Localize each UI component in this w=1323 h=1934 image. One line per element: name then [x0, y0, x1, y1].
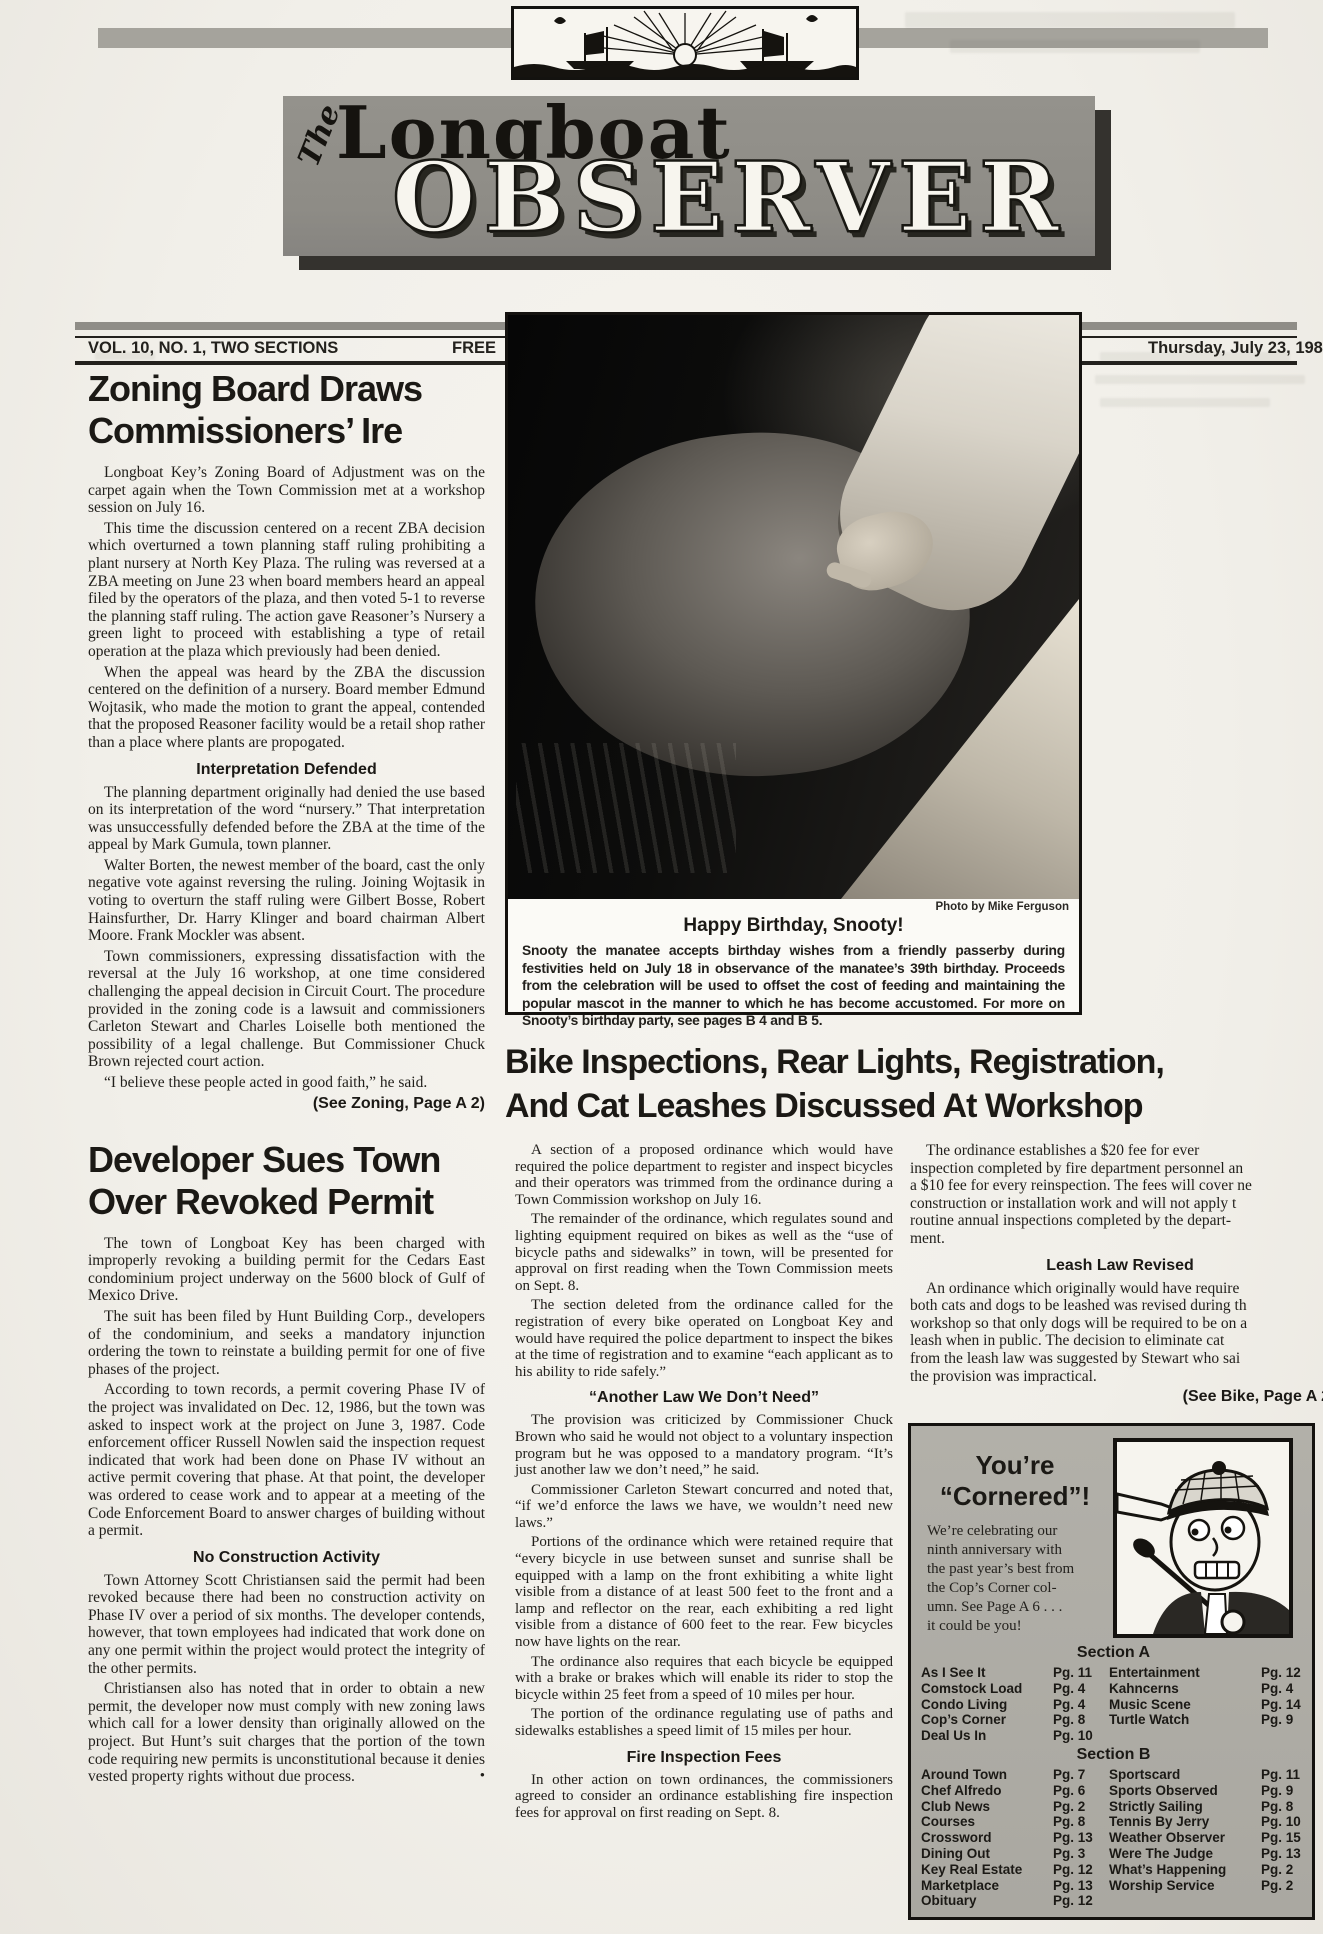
index-entry: Comstock Load	[921, 1681, 1053, 1697]
zoning-paragraph: The planning department originally had d…	[88, 784, 485, 854]
index-row: As I See ItPg. 11EntertainmentPg. 12	[921, 1665, 1306, 1681]
zoning-paragraph: “I believe these people acted in good fa…	[88, 1074, 485, 1092]
index-page: Pg. 12	[1261, 1665, 1306, 1681]
cornered-title-line2: “Cornered”!	[940, 1481, 1090, 1511]
developer-paragraph: The suit has been filed by Hunt Building…	[88, 1308, 485, 1378]
bike-jump-line: (See Bike, Page A 2	[910, 1388, 1323, 1406]
index-page: Pg. 13	[1053, 1830, 1109, 1846]
index-entry: Chef Alfredo	[921, 1783, 1053, 1799]
snooty-manatee-photo	[508, 315, 1079, 899]
index-page: Pg. 10	[1053, 1728, 1109, 1744]
cornered-cartoon	[1113, 1438, 1293, 1638]
index-page: Pg. 13	[1261, 1846, 1306, 1862]
left-column: Zoning Board Draws Commissioners’ Ire Lo…	[88, 368, 485, 1934]
index-table: Section A As I See ItPg. 11Entertainment…	[921, 1642, 1306, 1909]
index-entry: Crossword	[921, 1830, 1053, 1846]
index-entry: Around Town	[921, 1767, 1053, 1783]
index-page: Pg. 9	[1261, 1783, 1306, 1799]
bike-paragraph: Portions of the ordinance which were ret…	[515, 1534, 893, 1650]
index-row: Chef AlfredoPg. 6Sports ObservedPg. 9	[921, 1783, 1306, 1799]
golfer-cartoon-icon	[1117, 1442, 1289, 1634]
index-page: Pg. 8	[1053, 1712, 1109, 1728]
bleed-through-artifact	[95, 352, 155, 360]
developer-paragraph: The town of Longboat Key has been charge…	[88, 1235, 485, 1305]
index-row: Cop’s CornerPg. 8Turtle WatchPg. 9	[921, 1712, 1306, 1728]
zoning-headline: Zoning Board Draws Commissioners’ Ire	[88, 368, 485, 452]
index-page	[1261, 1893, 1306, 1909]
index-page: Pg. 11	[1053, 1665, 1109, 1681]
bike-right-column: The ordinance establishes a $20 fee for …	[910, 1142, 1323, 1432]
zoning-jump-line: (See Zoning, Page A 2)	[88, 1095, 485, 1113]
bike-subhead-fire-fees: Fire Inspection Fees	[515, 1749, 893, 1767]
bleed-through-artifact	[950, 40, 1200, 53]
index-row: Dining OutPg. 3Were The JudgePg. 13	[921, 1846, 1306, 1862]
zoning-headline-line2: Commissioners’ Ire	[88, 410, 402, 451]
bike-paragraph: A section of a proposed ordinance which …	[515, 1142, 893, 1208]
index-page: Pg. 2	[1053, 1799, 1109, 1815]
snooty-photo-box: Photo by Mike Ferguson Happy Birthday, S…	[505, 312, 1082, 1015]
index-entry	[1109, 1893, 1261, 1909]
bike-middle-column: A section of a proposed ordinance which …	[515, 1142, 893, 1824]
newspaper-front-page: The Longboat OBSERVER VOL. 10, NO. 1, TW…	[0, 0, 1323, 1934]
zoning-subhead: Interpretation Defended	[88, 761, 485, 779]
bike-paragraph: The ordinance also requires that each bi…	[515, 1654, 893, 1704]
end-of-article-mark: •	[480, 1768, 485, 1786]
index-page: Pg. 6	[1053, 1783, 1109, 1799]
photo-water-shimmer	[516, 743, 736, 873]
developer-paragraph: Christiansen also has noted that in orde…	[88, 1680, 485, 1786]
index-page: Pg. 4	[1053, 1681, 1109, 1697]
zoning-paragraph: When the appeal was heard by the ZBA the…	[88, 664, 485, 752]
index-page: Pg. 8	[1261, 1799, 1306, 1815]
index-entry: Sportscard	[1109, 1767, 1261, 1783]
index-page: Pg. 2	[1261, 1878, 1306, 1894]
index-section-a-title: Section A	[921, 1644, 1306, 1662]
index-page: Pg. 13	[1053, 1878, 1109, 1894]
index-page: Pg. 4	[1053, 1697, 1109, 1713]
index-entry: Kahncerns	[1109, 1681, 1261, 1697]
index-page: Pg. 15	[1261, 1830, 1306, 1846]
index-page: Pg. 14	[1261, 1697, 1306, 1713]
bike-headline-line1: Bike Inspections, Rear Lights, Registrat…	[505, 1043, 1164, 1081]
masthead-title-bottom: OBSERVER	[392, 148, 1067, 248]
index-row: Comstock LoadPg. 4KahncernsPg. 4	[921, 1681, 1306, 1697]
cornered-title-line1: You’re	[976, 1450, 1055, 1480]
sunrise-ships-icon	[514, 9, 856, 77]
index-entry: What’s Happening	[1109, 1862, 1261, 1878]
index-page: Pg. 2	[1261, 1862, 1306, 1878]
index-entry: Entertainment	[1109, 1665, 1261, 1681]
developer-paragraph: According to town records, a permit cove…	[88, 1381, 485, 1539]
index-entry: Club News	[921, 1799, 1053, 1815]
index-row: Key Real EstatePg. 12What’s HappeningPg.…	[921, 1862, 1306, 1878]
index-entry: Marketplace	[921, 1878, 1053, 1894]
index-entry: Were The Judge	[1109, 1846, 1261, 1862]
index-row: ObituaryPg. 12	[921, 1893, 1306, 1909]
bleed-through-artifact	[1100, 352, 1290, 362]
cornered-title: You’re “Cornered”!	[919, 1450, 1111, 1512]
developer-paragraph: Town Attorney Scott Christiansen said th…	[88, 1572, 485, 1678]
bike-paragraph: The provision was criticized by Commissi…	[515, 1412, 893, 1478]
index-entry: Tennis By Jerry	[1109, 1814, 1261, 1830]
developer-headline: Developer Sues Town Over Revoked Permit	[88, 1139, 485, 1223]
zoning-paragraph: Longboat Key’s Zoning Board of Adjustmen…	[88, 464, 485, 517]
bike-subhead-leash-law: Leash Law Revised	[910, 1257, 1323, 1275]
cornered-promo-box: You’re “Cornered”! We’re celebrating our…	[908, 1423, 1315, 1920]
index-row: Condo LivingPg. 4Music ScenePg. 14	[921, 1697, 1306, 1713]
index-page: Pg. 12	[1053, 1862, 1109, 1878]
developer-headline-line2: Over Revoked Permit	[88, 1181, 433, 1222]
index-entry: Condo Living	[921, 1697, 1053, 1713]
price-label: FREE	[452, 339, 496, 358]
index-page	[1261, 1728, 1306, 1744]
sunrise-ships-illustration	[511, 6, 859, 80]
bleed-through-artifact	[905, 12, 1235, 28]
bike-right-paragraph: An ordinance which originally would have…	[910, 1280, 1323, 1386]
developer-headline-line1: Developer Sues Town	[88, 1139, 440, 1180]
zoning-paragraph: Town commissioners, expressing dissatisf…	[88, 948, 485, 1071]
index-entry: Deal Us In	[921, 1728, 1053, 1744]
index-entry: Dining Out	[921, 1846, 1053, 1862]
index-page: Pg. 4	[1261, 1681, 1306, 1697]
index-entry: Sports Observed	[1109, 1783, 1261, 1799]
index-row: CrosswordPg. 13Weather ObserverPg. 15	[921, 1830, 1306, 1846]
bike-right-paragraph: The ordinance establishes a $20 fee for …	[910, 1142, 1323, 1248]
index-page: Pg. 7	[1053, 1767, 1109, 1783]
bleed-through-artifact	[1095, 375, 1305, 384]
zoning-headline-line1: Zoning Board Draws	[88, 368, 422, 409]
photo-caption-title: Happy Birthday, Snooty!	[522, 915, 1065, 937]
index-row: Deal Us InPg. 10	[921, 1728, 1306, 1744]
bike-subhead-another-law: “Another Law We Don’t Need”	[515, 1389, 893, 1407]
bleed-through-artifact	[1100, 398, 1270, 407]
index-entry: As I See It	[921, 1665, 1053, 1681]
index-entry	[1109, 1728, 1261, 1744]
index-entry: Turtle Watch	[1109, 1712, 1261, 1728]
index-page: Pg. 10	[1261, 1814, 1306, 1830]
bike-paragraph: In other action on town ordinances, the …	[515, 1772, 893, 1822]
index-entry: Cop’s Corner	[921, 1712, 1053, 1728]
index-entry: Worship Service	[1109, 1878, 1261, 1894]
index-page: Pg. 8	[1053, 1814, 1109, 1830]
bike-headline: Bike Inspections, Rear Lights, Registrat…	[505, 1040, 1323, 1128]
index-page: Pg. 3	[1053, 1846, 1109, 1862]
zoning-paragraph: Walter Borten, the newest member of the …	[88, 857, 485, 945]
cornered-body-text: We’re celebrating our ninth anniversary …	[927, 1522, 1113, 1636]
bike-paragraph: The portion of the ordinance regulating …	[515, 1706, 893, 1739]
bike-headline-line2: And Cat Leashes Discussed At Workshop	[505, 1087, 1143, 1125]
index-entry: Weather Observer	[1109, 1830, 1261, 1846]
index-row: Club NewsPg. 2Strictly SailingPg. 8	[921, 1799, 1306, 1815]
index-entry: Courses	[921, 1814, 1053, 1830]
index-entry: Key Real Estate	[921, 1862, 1053, 1878]
index-entry: Music Scene	[1109, 1697, 1261, 1713]
bike-paragraph: Commissioner Carleton Stewart concurred …	[515, 1482, 893, 1532]
bike-paragraph: The remainder of the ordinance, which re…	[515, 1211, 893, 1294]
photo-caption-area: Photo by Mike Ferguson Happy Birthday, S…	[508, 899, 1079, 1036]
zoning-paragraph: This time the discussion centered on a r…	[88, 520, 485, 661]
index-page: Pg. 11	[1261, 1767, 1306, 1783]
index-row: Around TownPg. 7SportscardPg. 11	[921, 1767, 1306, 1783]
developer-paragraph-text: Christiansen also has noted that in orde…	[88, 1680, 485, 1785]
index-page: Pg. 12	[1053, 1893, 1109, 1909]
index-entry: Obituary	[921, 1893, 1053, 1909]
index-row: MarketplacePg. 13Worship ServicePg. 2	[921, 1878, 1306, 1894]
developer-subhead: No Construction Activity	[88, 1549, 485, 1567]
index-page: Pg. 9	[1261, 1712, 1306, 1728]
bike-paragraph: The section deleted from the ordinance c…	[515, 1297, 893, 1380]
photo-caption-text: Snooty the manatee accepts birthday wish…	[522, 942, 1065, 1030]
index-row: CoursesPg. 8Tennis By JerryPg. 10	[921, 1814, 1306, 1830]
index-section-b-title: Section B	[921, 1746, 1306, 1764]
index-entry: Strictly Sailing	[1109, 1799, 1261, 1815]
photo-credit: Photo by Mike Ferguson	[935, 901, 1069, 913]
